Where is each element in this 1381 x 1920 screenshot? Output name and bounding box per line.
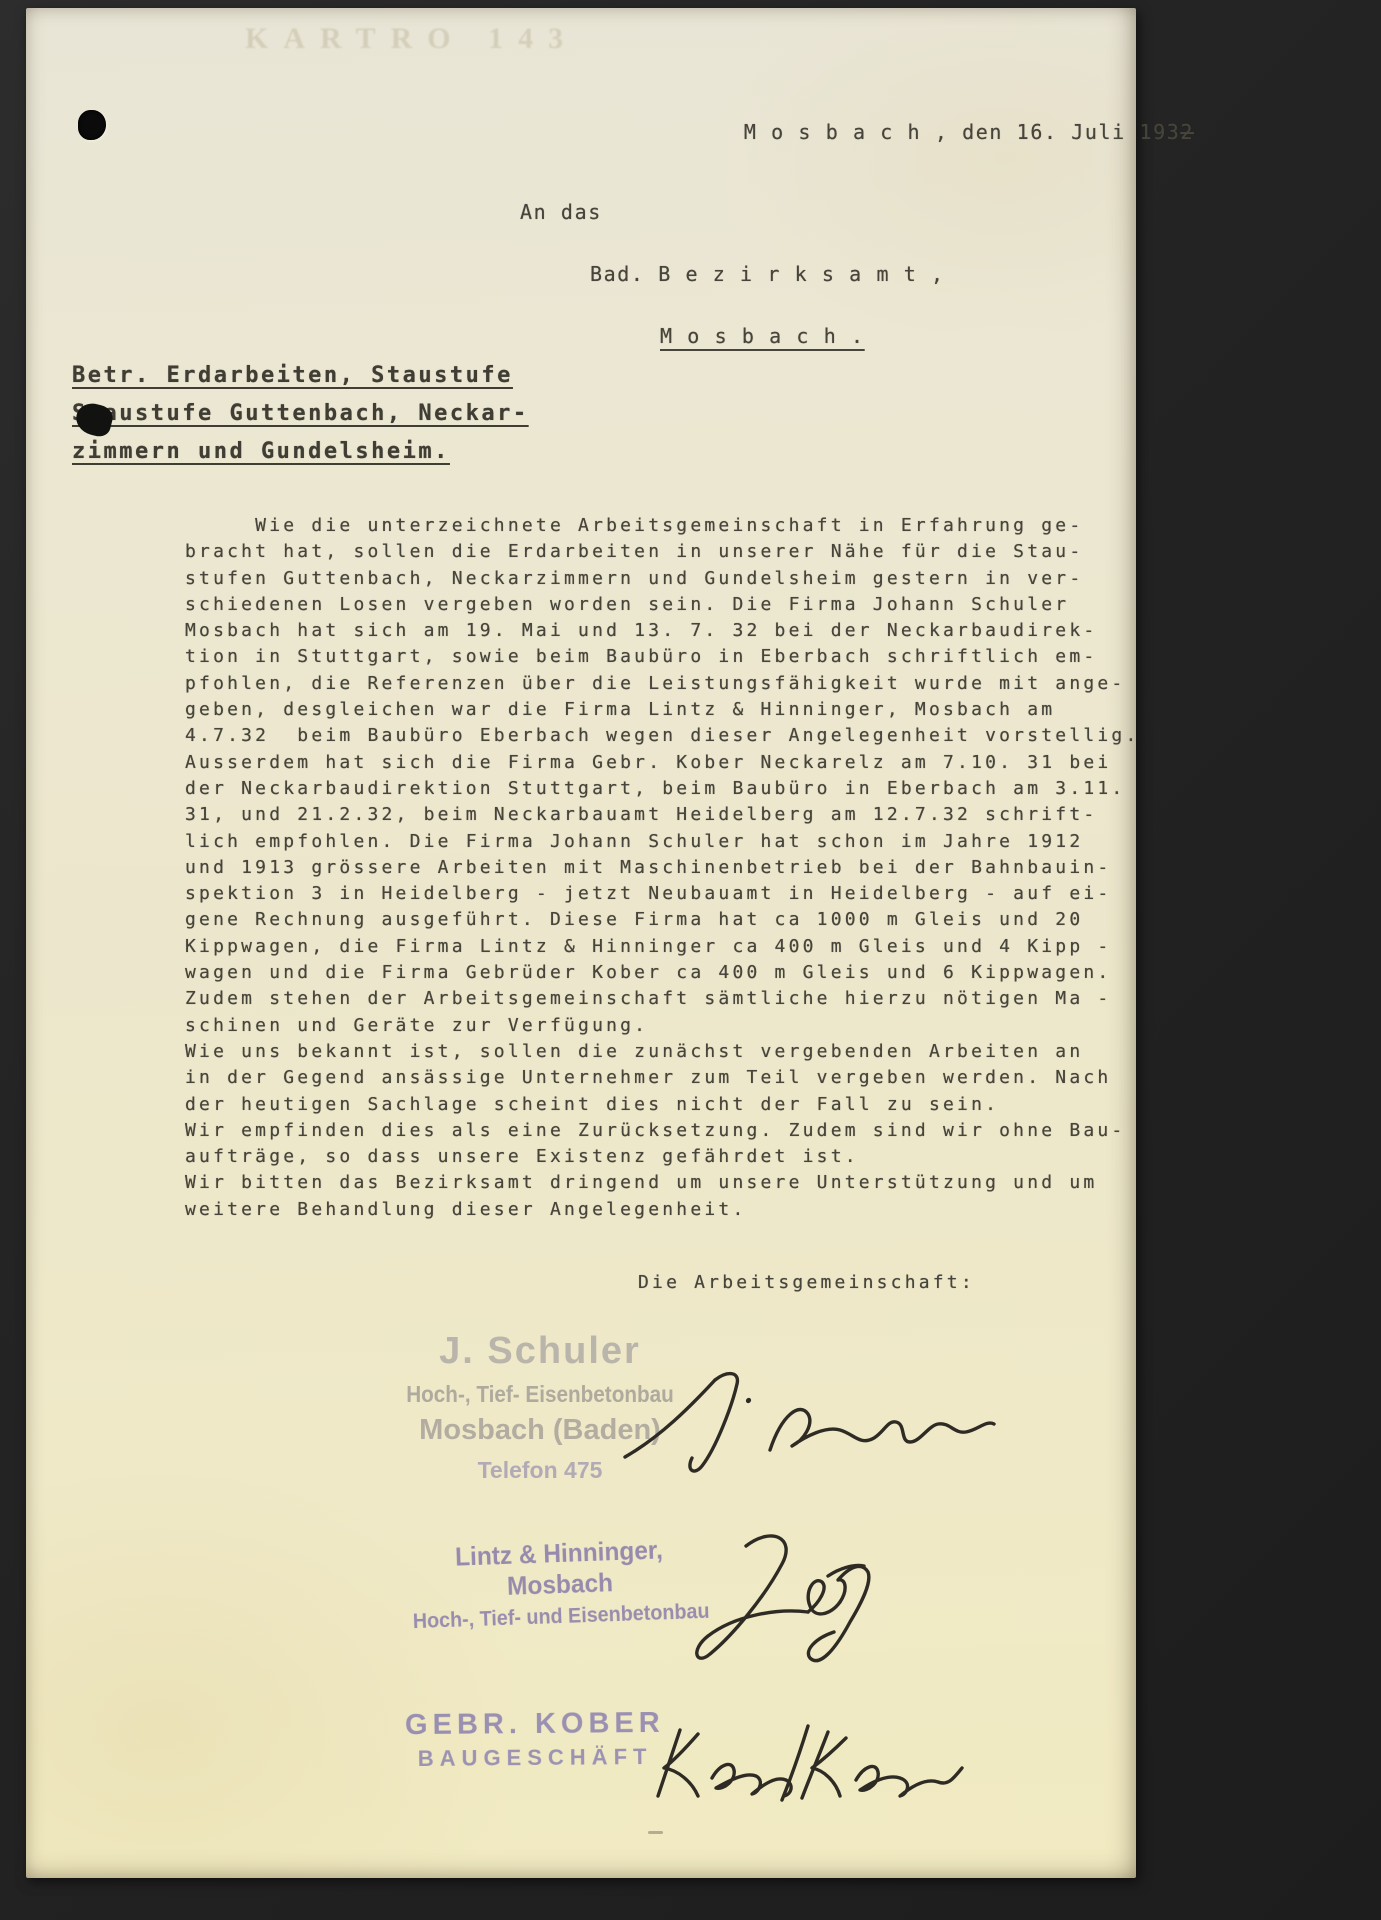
body-line: Wie die unterzeichnete Arbeitsgemeinscha…	[185, 513, 1165, 539]
letter-paper: KARTRO 143 M o s b a c h , den 16. Juli …	[26, 8, 1136, 1878]
body-line: Zudem stehen der Arbeitsgemeinschaft säm…	[185, 986, 1165, 1012]
kober-company-stamp: GEBR. KOBER BAUGESCHÄFT	[400, 1707, 671, 1772]
body-line: Wir empfinden dies als eine Zurücksetzun…	[185, 1118, 1165, 1144]
closing-line: Die Arbeitsgemeinschaft:	[638, 1272, 975, 1293]
schuler-signature	[620, 1362, 1000, 1492]
body-line: Mosbach hat sich am 19. Mai und 13. 7. 3…	[185, 618, 1165, 644]
body-line: Kippwagen, die Firma Lintz & Hinninger c…	[185, 934, 1165, 960]
body-line: Wie uns bekannt ist, sollen die zunächst…	[185, 1039, 1165, 1065]
body-paragraph: Wie die unterzeichnete Arbeitsgemeinscha…	[185, 513, 1165, 1223]
body-line: gene Rechnung ausgeführt. Diese Firma ha…	[185, 907, 1165, 933]
punch-hole	[78, 110, 106, 140]
date-text: M o s b a c h , den 16. Juli 193	[744, 120, 1181, 144]
date-overstruck-digit: 2	[1180, 120, 1194, 144]
body-line: Ausserdem hat sich die Firma Gebr. Kober…	[185, 750, 1165, 776]
stray-pencil-mark	[648, 1831, 663, 1834]
lintz-stamp-line1: Lintz & Hinninger, Mosbach	[408, 1533, 711, 1605]
body-line: 31, und 21.2.32, beim Neckarbauamt Heide…	[185, 802, 1165, 828]
body-line: schinen und Geräte zur Verfügung.	[185, 1013, 1165, 1039]
subject-line-3: zimmern und Gundelsheim.	[72, 439, 450, 464]
subject-line-2: Staustufe Guttenbach, Neckar-	[72, 401, 529, 426]
kober-stamp-line2: BAUGESCHÄFT	[400, 1744, 670, 1772]
recipient-line-3: M o s b a c h .	[660, 324, 865, 348]
recipient-line-1: An das	[520, 200, 602, 224]
date-line: M o s b a c h , den 16. Juli 1932	[662, 96, 1194, 168]
body-line: stufen Guttenbach, Neckarzimmern und Gun…	[185, 566, 1165, 592]
lintz-signature	[680, 1524, 900, 1674]
body-line: schiedenen Losen vergeben worden sein. D…	[185, 592, 1165, 618]
lintz-company-stamp: Lintz & Hinninger, Mosbach Hoch-, Tief- …	[399, 1532, 722, 1634]
body-line: tion in Stuttgart, sowie beim Baubüro in…	[185, 644, 1165, 670]
body-line: 4.7.32 beim Baubüro Eberbach wegen diese…	[185, 723, 1165, 749]
body-line: wagen und die Firma Gebrüder Kober ca 40…	[185, 960, 1165, 986]
body-line: bracht hat, sollen die Erdarbeiten in un…	[185, 539, 1165, 565]
body-line: Wir bitten das Bezirksamt dringend um un…	[185, 1170, 1165, 1196]
body-line: in der Gegend ansässige Unternehmer zum …	[185, 1065, 1165, 1091]
body-line: aufträge, so dass unsere Existenz gefähr…	[185, 1144, 1165, 1170]
body-line: der Neckarbaudirektion Stuttgart, beim B…	[185, 776, 1165, 802]
body-line: und 1913 grössere Arbeiten mit Maschinen…	[185, 855, 1165, 881]
subject-line-1: Betr. Erdarbeiten, Staustufe	[72, 363, 513, 388]
kober-stamp-line1: GEBR. KOBER	[400, 1707, 670, 1742]
body-line: pfohlen, die Referenzen über die Leistun…	[185, 671, 1165, 697]
recipient-line-2: Bad. B e z i r k s a m t ,	[590, 262, 945, 286]
body-line: der heutigen Sachlage scheint dies nicht…	[185, 1092, 1165, 1118]
ghost-offset-print: KARTRO 143	[245, 22, 578, 56]
lintz-stamp-line2: Hoch-, Tief- und Eisenbetonbau	[410, 1600, 711, 1634]
body-line: spektion 3 in Heidelberg - jetzt Neubaua…	[185, 881, 1165, 907]
body-line: geben, desgleichen war die Firma Lintz &…	[185, 697, 1165, 723]
scanned-letter-canvas: KARTRO 143 M o s b a c h , den 16. Juli …	[0, 0, 1381, 1920]
kober-signature	[650, 1718, 970, 1808]
body-line: weitere Behandlung dieser Angelegenheit.	[185, 1197, 1165, 1223]
body-line: lich empfohlen. Die Firma Johann Schuler…	[185, 829, 1165, 855]
